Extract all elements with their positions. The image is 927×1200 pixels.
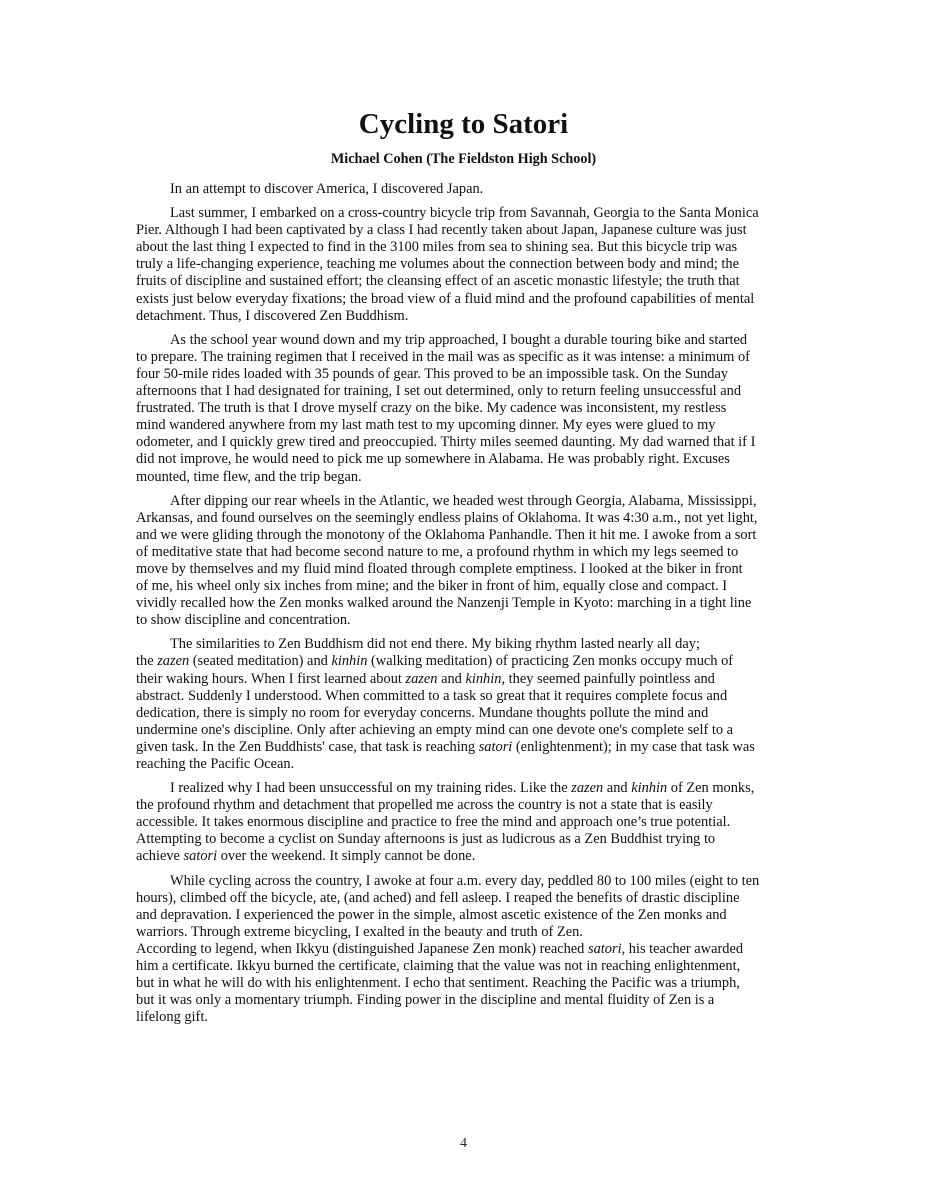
text-line: The similarities to Zen Buddhism did not… bbox=[136, 636, 796, 653]
italic-term: kinhin bbox=[465, 671, 501, 687]
text-line: to show discipline and concentration. bbox=[136, 612, 796, 629]
text-line: and depravation. I experienced the power… bbox=[136, 907, 796, 924]
paragraph: The similarities to Zen Buddhism did not… bbox=[136, 636, 796, 773]
italic-term: satori bbox=[184, 848, 218, 864]
text-line: In an attempt to discover America, I dis… bbox=[136, 181, 796, 198]
text-line: given task. In the Zen Buddhists' case, … bbox=[136, 739, 796, 756]
text-line: did not improve, he would need to pick m… bbox=[136, 451, 796, 468]
text-line: vividly recalled how the Zen monks walke… bbox=[136, 595, 796, 612]
text-line: to prepare. The training regimen that I … bbox=[136, 349, 796, 366]
text-line: As the school year wound down and my tri… bbox=[136, 332, 796, 349]
page-number: 4 bbox=[0, 1136, 927, 1152]
text-line: the profound rhythm and detachment that … bbox=[136, 797, 796, 814]
paragraph: I realized why I had been unsuccessful o… bbox=[136, 780, 796, 865]
text-line: warriors. Through extreme bicycling, I e… bbox=[136, 924, 796, 941]
document-page: Cycling to Satori Michael Cohen (The Fie… bbox=[0, 0, 927, 1200]
text-line: of meditative state that had become seco… bbox=[136, 544, 796, 561]
text-line: and we were gliding through the monotony… bbox=[136, 527, 796, 544]
italic-term: zazen bbox=[571, 780, 603, 796]
text-line: I realized why I had been unsuccessful o… bbox=[136, 780, 796, 797]
text-line: Pier. Although I had been captivated by … bbox=[136, 222, 796, 239]
text-line: achieve satori over the weekend. It simp… bbox=[136, 848, 796, 865]
text-line: move by themselves and my fluid mind flo… bbox=[136, 561, 796, 578]
paragraph: As the school year wound down and my tri… bbox=[136, 332, 796, 486]
text-line: lifelong gift. bbox=[136, 1009, 796, 1026]
text-line: exists just below everyday fixations; th… bbox=[136, 291, 796, 308]
italic-term: kinhin bbox=[331, 653, 367, 669]
document-title: Cycling to Satori bbox=[0, 104, 927, 144]
text-line: abstract. Suddenly I understood. When co… bbox=[136, 688, 796, 705]
text-line: afternoons that I had designated for tra… bbox=[136, 383, 796, 400]
text-line: hours), climbed off the bicycle, ate, (a… bbox=[136, 890, 796, 907]
paragraph: After dipping our rear wheels in the Atl… bbox=[136, 493, 796, 630]
text-line: fruits of discipline and sustained effor… bbox=[136, 273, 796, 290]
paragraph: While cycling across the country, I awok… bbox=[136, 873, 796, 1027]
text-line: Last summer, I embarked on a cross-count… bbox=[136, 205, 796, 222]
text-line: dedication, there is simply no room for … bbox=[136, 705, 796, 722]
document-body: In an attempt to discover America, I dis… bbox=[136, 181, 796, 1026]
text-line: the zazen (seated meditation) and kinhin… bbox=[136, 653, 796, 670]
author-byline: Michael Cohen (The Fieldston High School… bbox=[0, 150, 927, 168]
text-line: frustrated. The truth is that I drove my… bbox=[136, 400, 796, 417]
paragraph: Last summer, I embarked on a cross-count… bbox=[136, 205, 796, 325]
italic-term: zazen bbox=[157, 653, 189, 669]
text-line: of me, his wheel only six inches from mi… bbox=[136, 578, 796, 595]
text-line: While cycling across the country, I awok… bbox=[136, 873, 796, 890]
text-line: Arkansas, and found ourselves on the see… bbox=[136, 510, 796, 527]
text-line: detachment. Thus, I discovered Zen Buddh… bbox=[136, 308, 796, 325]
text-line: reaching the Pacific Ocean. bbox=[136, 756, 796, 773]
text-line: him a certificate. Ikkyu burned the cert… bbox=[136, 958, 796, 975]
italic-term: satori bbox=[479, 739, 513, 755]
text-line: but it was only a momentary triumph. Fin… bbox=[136, 992, 796, 1009]
paragraph: In an attempt to discover America, I dis… bbox=[136, 181, 796, 198]
text-line: undermine one's discipline. Only after a… bbox=[136, 722, 796, 739]
text-line: accessible. It takes enormous discipline… bbox=[136, 814, 796, 831]
text-line: According to legend, when Ikkyu (disting… bbox=[136, 941, 796, 958]
italic-term: satori bbox=[588, 941, 622, 957]
text-line: truly a life-changing experience, teachi… bbox=[136, 256, 796, 273]
text-line: mounted, time flew, and the trip began. bbox=[136, 469, 796, 486]
italic-term: kinhin bbox=[631, 780, 667, 796]
text-line: Attempting to become a cyclist on Sunday… bbox=[136, 831, 796, 848]
text-line: After dipping our rear wheels in the Atl… bbox=[136, 493, 796, 510]
text-line: four 50-mile rides loaded with 35 pounds… bbox=[136, 366, 796, 383]
text-line: but in what he will do with his enlighte… bbox=[136, 975, 796, 992]
text-line: their waking hours. When I first learned… bbox=[136, 671, 796, 688]
text-line: mind wandered anywhere from my last math… bbox=[136, 417, 796, 434]
text-line: about the last thing I expected to find … bbox=[136, 239, 796, 256]
italic-term: zazen bbox=[405, 671, 437, 687]
text-line: odometer, and I quickly grew tired and p… bbox=[136, 434, 796, 451]
